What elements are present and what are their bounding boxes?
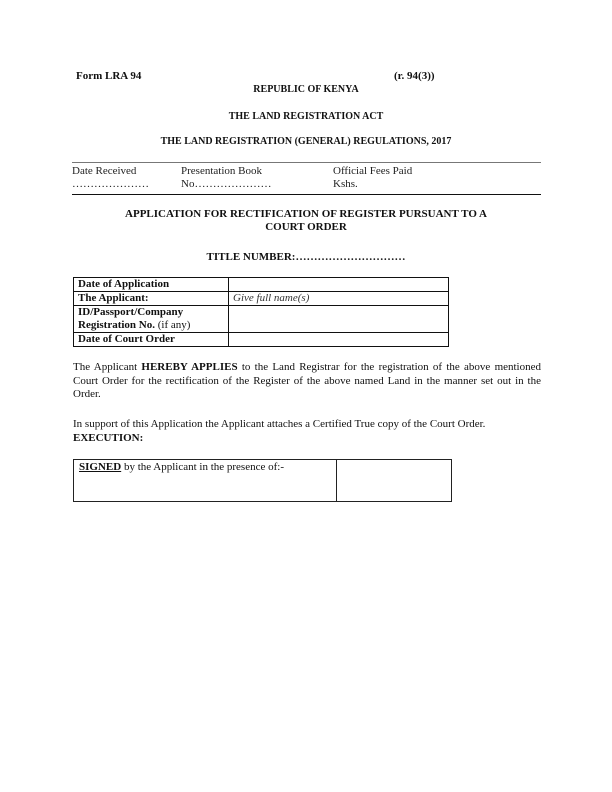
witness-signature-field[interactable] bbox=[337, 460, 452, 502]
date-of-application-input[interactable] bbox=[229, 278, 449, 292]
signed-by-cell: SIGNED by the Applicant in the presence … bbox=[74, 460, 337, 502]
date-received-value: ………………… bbox=[72, 178, 149, 191]
official-fees-label: Official Fees Paid bbox=[333, 165, 412, 178]
form-number: Form LRA 94 bbox=[76, 70, 141, 82]
table-row: ID/Passport/Company Registration No. (if… bbox=[74, 306, 449, 333]
id-registration-label: ID/Passport/Company Registration No. (if… bbox=[74, 306, 229, 333]
presentation-book-value: No………………… bbox=[181, 178, 271, 191]
id-registration-input[interactable] bbox=[229, 306, 449, 333]
official-fees-field[interactable]: Official Fees Paid Kshs. bbox=[333, 165, 412, 191]
date-of-court-order-label: Date of Court Order bbox=[74, 333, 229, 347]
signed-label: SIGNED bbox=[79, 461, 121, 473]
support-statement: In support of this Application the Appli… bbox=[73, 418, 543, 445]
title-number-field[interactable]: TITLE NUMBER:………………………… bbox=[0, 251, 612, 263]
signed-text: by the Applicant in the presence of:- bbox=[121, 461, 284, 473]
statement-prefix: The Applicant bbox=[73, 361, 141, 373]
date-received-label: Date Received bbox=[72, 165, 149, 178]
act-heading: THE LAND REGISTRATION ACT bbox=[0, 111, 612, 122]
execution-heading: EXECUTION: bbox=[73, 432, 543, 446]
table-row: SIGNED by the Applicant in the presence … bbox=[74, 460, 452, 502]
table-row: Date of Application bbox=[74, 278, 449, 292]
applicant-name-input[interactable]: Give full name(s) bbox=[229, 292, 449, 306]
rule-reference: (r. 94(3)) bbox=[394, 70, 435, 82]
date-of-court-order-input[interactable] bbox=[229, 333, 449, 347]
date-received-field[interactable]: Date Received ………………… bbox=[72, 165, 149, 191]
application-title-line1: APPLICATION FOR RECTIFICATION OF REGISTE… bbox=[0, 208, 612, 221]
statement-emphasis: HEREBY APPLIES bbox=[141, 361, 237, 373]
support-text: In support of this Application the Appli… bbox=[73, 418, 543, 432]
presentation-book-field[interactable]: Presentation Book No………………… bbox=[181, 165, 271, 191]
table-row: The Applicant: Give full name(s) bbox=[74, 292, 449, 306]
application-title-line2: COURT ORDER bbox=[0, 221, 612, 234]
applicant-details-table: Date of Application The Applicant: Give … bbox=[73, 277, 449, 347]
regulations-heading: THE LAND REGISTRATION (GENERAL) REGULATI… bbox=[0, 136, 612, 147]
office-use-block: Date Received ………………… Presentation Book … bbox=[72, 162, 541, 195]
official-fees-value: Kshs. bbox=[333, 178, 412, 191]
table-row: Date of Court Order bbox=[74, 333, 449, 347]
application-title: APPLICATION FOR RECTIFICATION OF REGISTE… bbox=[0, 208, 612, 234]
presentation-book-label: Presentation Book bbox=[181, 165, 271, 178]
date-of-application-label: Date of Application bbox=[74, 278, 229, 292]
application-statement: The Applicant HEREBY APPLIES to the Land… bbox=[73, 361, 541, 402]
applicant-label: The Applicant: bbox=[74, 292, 229, 306]
republic-heading: REPUBLIC OF KENYA bbox=[0, 84, 612, 95]
id-registration-label-suffix: (if any) bbox=[155, 319, 190, 331]
signature-table: SIGNED by the Applicant in the presence … bbox=[73, 459, 452, 502]
